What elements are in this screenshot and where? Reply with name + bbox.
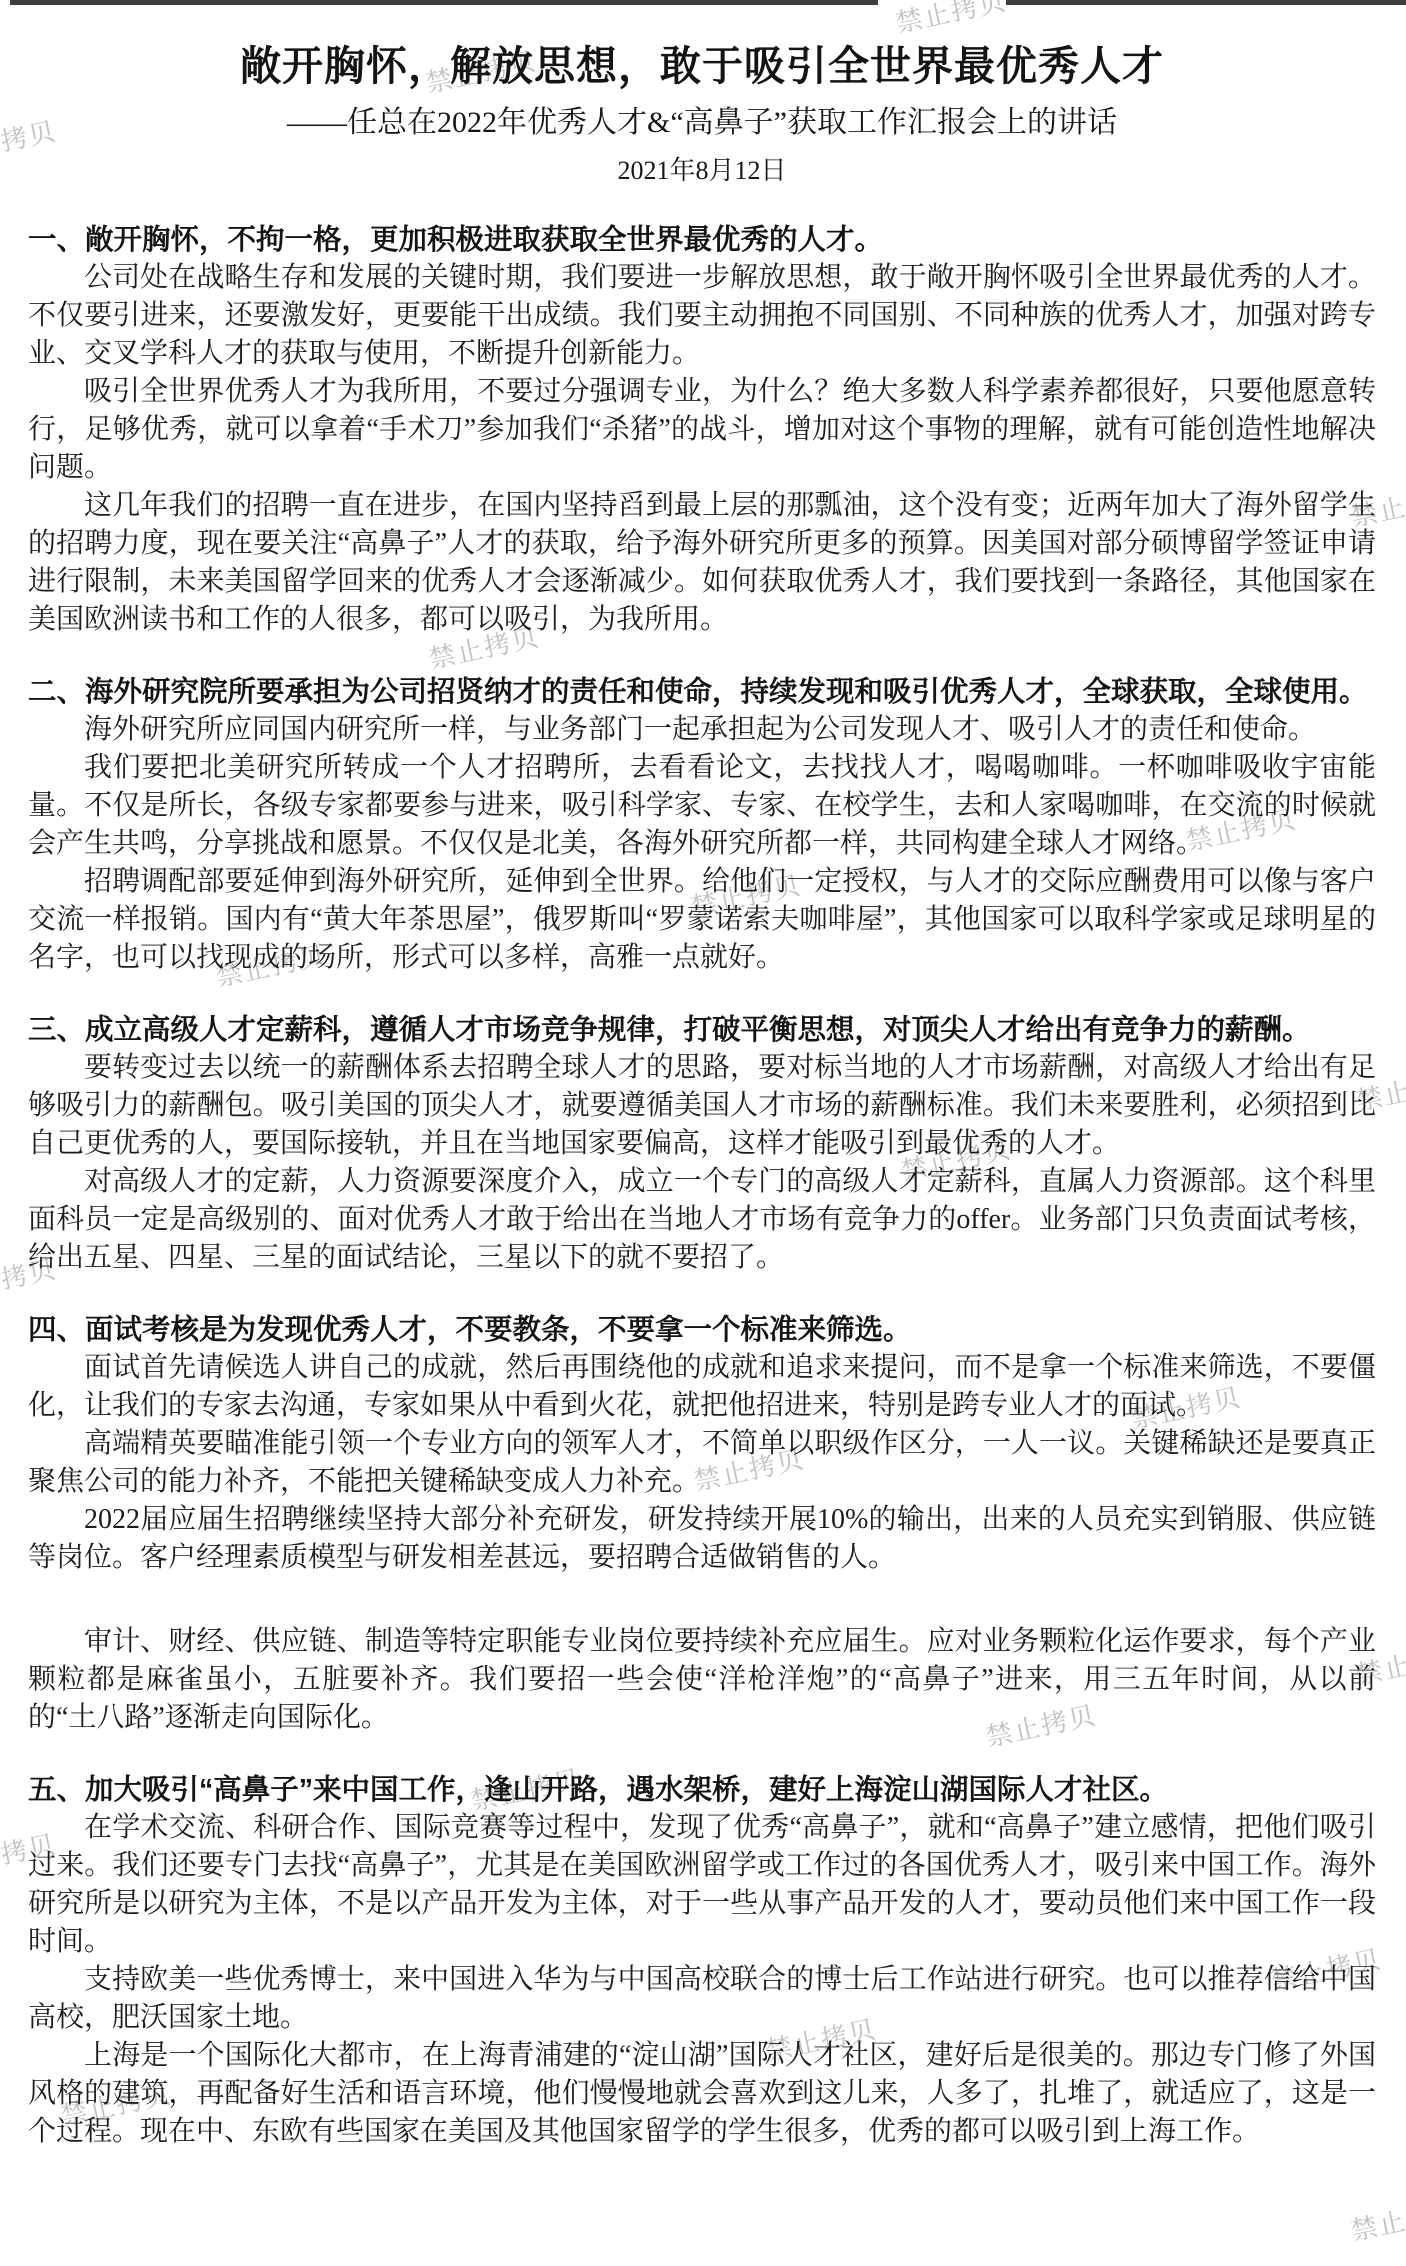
section-4-paragraph-4: 审计、财经、供应链、制造等特定职能专业岗位要持续补充应届生。应对业务颗粒化运作要… xyxy=(28,1623,1376,1737)
section-4-paragraph-1: 面试首先请候选人讲自己的成就，然后再围绕他的成就和追求来提问，而不是拿一个标准来… xyxy=(28,1349,1376,1425)
section-2-paragraph-1: 海外研究所应同国内研究所一样，与业务部门一起承担起为公司发现人才、吸引人才的责任… xyxy=(28,711,1376,749)
section-5-paragraph-2: 支持欧美一些优秀博士，来中国进入华为与中国高校联合的博士后工作站进行研究。也可以… xyxy=(28,1961,1376,2037)
section-4-paragraph-3: 2022届应届生招聘继续坚持大部分补充研发，研发持续开展10%的输出，出来的人员… xyxy=(28,1501,1376,1577)
section-3-heading: 三、成立高级人才定薪科，遵循人才市场竞争规律，打破平衡思想，对顶尖人才给出有竞争… xyxy=(28,1011,1376,1049)
section-5-paragraph-3: 上海是一个国际化大都市，在上海青浦建的“淀山湖”国际人才社区，建好后是很美的。那… xyxy=(28,2037,1376,2151)
section-2: 二、海外研究院所要承担为公司招贤纳才的责任和使命，持续发现和吸引优秀人才，全球获… xyxy=(28,673,1376,977)
document-page: 禁止拷贝禁止拷贝禁止拷贝禁止拷贝禁止拷贝禁止拷贝禁止拷贝禁止拷贝禁止拷贝禁止拷贝… xyxy=(0,0,1406,2266)
section-1: 一、敞开胸怀，不拘一格，更加积极进取获取全世界最优秀的人才。公司处在战略生存和发… xyxy=(28,221,1376,639)
section-4: 四、面试考核是为发现优秀人才，不要教条，不要拿一个标准来筛选。面试首先请候选人讲… xyxy=(28,1311,1376,1737)
section-2-paragraph-3: 招聘调配部要延伸到海外研究所，延伸到全世界。给他们一定授权，与人才的交际应酬费用… xyxy=(28,863,1376,977)
sections-container: 一、敞开胸怀，不拘一格，更加积极进取获取全世界最优秀的人才。公司处在战略生存和发… xyxy=(28,221,1376,2151)
section-1-paragraph-2: 吸引全世界优秀人才为我所用，不要过分强调专业，为什么？绝大多数人科学素养都很好，… xyxy=(28,373,1376,487)
section-2-heading: 二、海外研究院所要承担为公司招贤纳才的责任和使命，持续发现和吸引优秀人才，全球获… xyxy=(28,673,1376,711)
section-3-paragraph-2: 对高级人才的定薪，人力资源要深度介入，成立一个专门的高级人才定薪科，直属人力资源… xyxy=(28,1163,1376,1277)
section-1-heading: 一、敞开胸怀，不拘一格，更加积极进取获取全世界最优秀的人才。 xyxy=(28,221,1376,259)
section-2-paragraph-2: 我们要把北美研究所转成一个人才招聘所，去看看论文，去找找人才，喝喝咖啡。一杯咖啡… xyxy=(28,749,1376,863)
document-content: 敞开胸怀，解放思想，敢于吸引全世界最优秀人才 ——任总在2022年优秀人才&“高… xyxy=(28,0,1376,2151)
section-4-heading: 四、面试考核是为发现优秀人才，不要教条，不要拿一个标准来筛选。 xyxy=(28,1311,1376,1349)
section-3: 三、成立高级人才定薪科，遵循人才市场竞争规律，打破平衡思想，对顶尖人才给出有竞争… xyxy=(28,1011,1376,1277)
section-1-paragraph-3: 这几年我们的招聘一直在进步，在国内坚持舀到最上层的那瓢油，这个没有变；近两年加大… xyxy=(28,487,1376,639)
document-subtitle: ——任总在2022年优秀人才&“高鼻子”获取工作汇报会上的讲话 xyxy=(28,106,1376,141)
section-5-paragraph-1: 在学术交流、科研合作、国际竞赛等过程中，发现了优秀“高鼻子”，就和“高鼻子”建立… xyxy=(28,1809,1376,1961)
section-5-heading: 五、加大吸引“高鼻子”来中国工作，逢山开路，遇水架桥，建好上海淀山湖国际人才社区… xyxy=(28,1771,1376,1809)
no-copy-watermark: 禁止拷贝 xyxy=(1347,2189,1406,2248)
section-1-paragraph-1: 公司处在战略生存和发展的关键时期，我们要进一步解放思想，敢于敞开胸怀吸引全世界最… xyxy=(28,259,1376,373)
section-5: 五、加大吸引“高鼻子”来中国工作，逢山开路，遇水架桥，建好上海淀山湖国际人才社区… xyxy=(28,1771,1376,2151)
document-date: 2021年8月12日 xyxy=(28,157,1376,186)
section-3-paragraph-1: 要转变过去以统一的薪酬体系去招聘全球人才的思路，要对标当地的人才市场薪酬，对高级… xyxy=(28,1049,1376,1163)
section-4-paragraph-2: 高端精英要瞄准能引领一个专业方向的领军人才，不简单以职级作区分，一人一议。关键稀… xyxy=(28,1425,1376,1501)
document-title: 敞开胸怀，解放思想，敢于吸引全世界最优秀人才 xyxy=(28,44,1376,89)
